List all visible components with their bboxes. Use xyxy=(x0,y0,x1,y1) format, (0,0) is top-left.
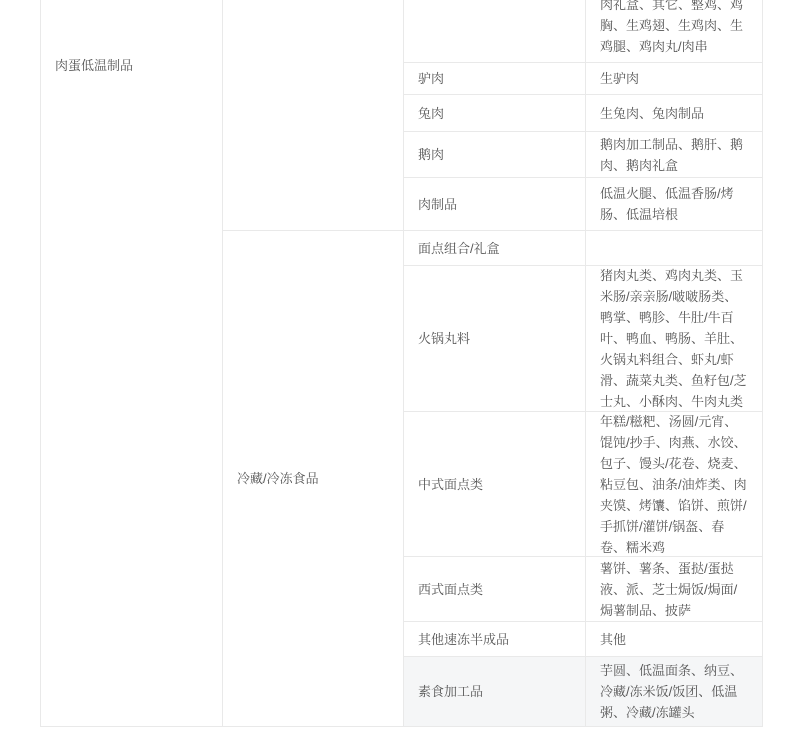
detail-cell: 鹅肉加工制品、鹅肝、鹅肉、鹅肉礼盒 xyxy=(586,132,763,178)
detail-cell xyxy=(586,231,763,266)
detail-cell: 猪肉丸类、鸡肉丸类、玉米肠/亲亲肠/啵啵肠类、鸭掌、鸭胗、牛肚/牛百叶、鸭血、鸭… xyxy=(586,266,763,412)
subcategory-cell: 驴肉 xyxy=(404,63,586,95)
detail-cell: 薯饼、薯条、蛋挞/蛋挞液、派、芝士焗饭/焗面/焗薯制品、披萨 xyxy=(586,557,763,622)
category-table: 肉蛋低温制品 冷藏/冷冻食品 肉礼盒、其它、整鸡、鸡胸、生鸡翅、生鸡肉、生鸡腿、… xyxy=(40,0,763,727)
detail-cell: 肉礼盒、其它、整鸡、鸡胸、生鸡翅、生鸡肉、生鸡腿、鸡肉丸/肉串 xyxy=(586,0,763,63)
subcategory-cell: 鹅肉 xyxy=(404,132,586,178)
category-cell: 肉蛋低温制品 xyxy=(41,0,223,727)
subcategory-cell: 面点组合/礼盒 xyxy=(404,231,586,266)
detail-cell: 年糕/糍粑、汤圆/元宵、馄饨/抄手、肉燕、水饺、包子、馒头/花卷、烧麦、粘豆包、… xyxy=(586,412,763,557)
subcategory-cell xyxy=(404,0,586,63)
subcategory-cell: 肉制品 xyxy=(404,178,586,231)
category-label: 肉蛋低温制品 xyxy=(55,55,208,76)
subcategory-cell: 火锅丸料 xyxy=(404,266,586,412)
detail-cell-highlighted[interactable]: 芋圆、低温面条、纳豆、冷藏/冻米饭/饭团、低温粥、冷藏/冻罐头 xyxy=(586,657,763,727)
subcategory-cell: 中式面点类 xyxy=(404,412,586,557)
detail-cell: 生驴肉 xyxy=(586,63,763,95)
section-cell-frozen: 冷藏/冷冻食品 xyxy=(223,231,404,727)
subcategory-cell: 西式面点类 xyxy=(404,557,586,622)
section-cell-cutoff xyxy=(223,0,404,231)
section-label: 冷藏/冷冻食品 xyxy=(237,468,389,489)
subcategory-cell-highlighted[interactable]: 素食加工品 xyxy=(404,657,586,727)
subcategory-cell: 其他速冻半成品 xyxy=(404,622,586,657)
detail-cell: 其他 xyxy=(586,622,763,657)
subcategory-cell: 兔肉 xyxy=(404,95,586,132)
detail-cell: 低温火腿、低温香肠/烤肠、低温培根 xyxy=(586,178,763,231)
detail-cell: 生兔肉、兔肉制品 xyxy=(586,95,763,132)
